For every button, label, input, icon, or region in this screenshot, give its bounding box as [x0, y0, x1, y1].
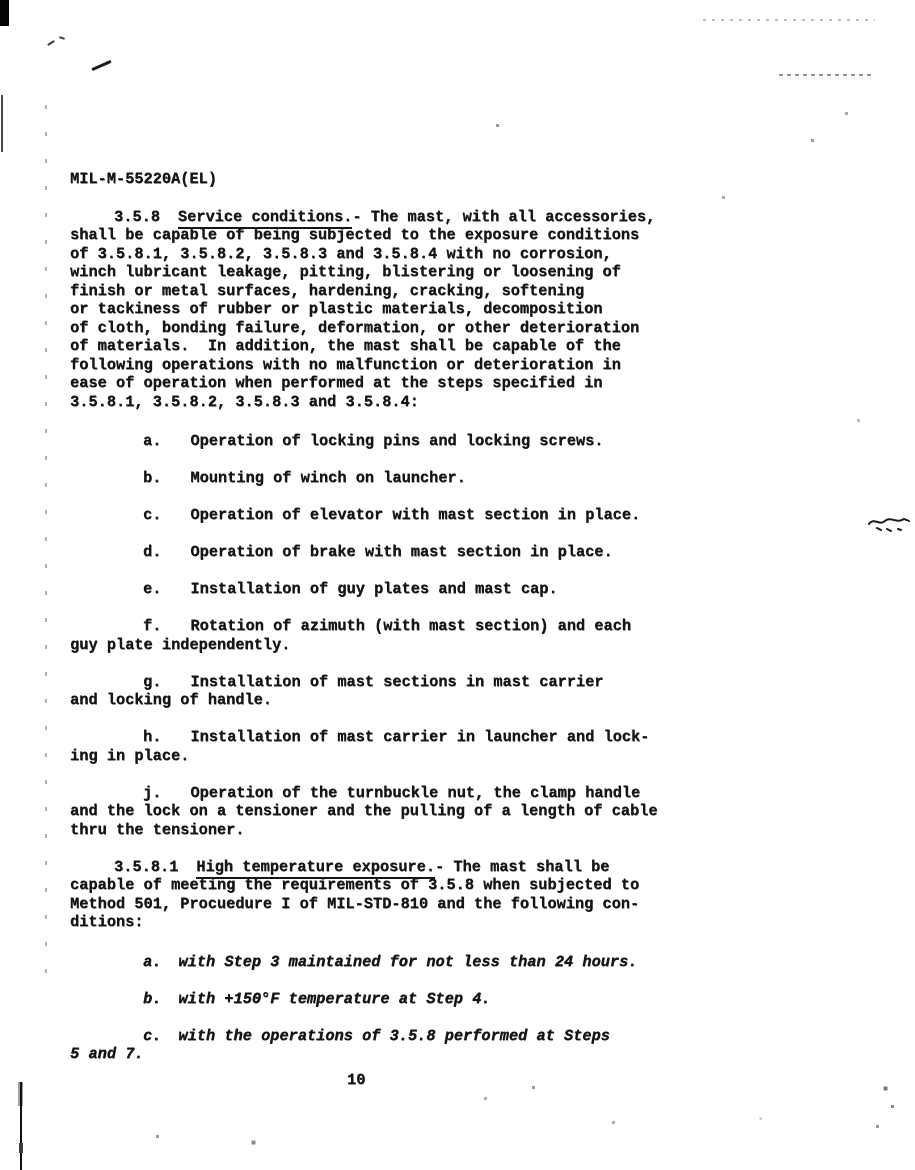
list-item-text: Operation of locking pins and locking sc…: [190, 432, 603, 450]
list-item-j: j.Operation of the turnbuckle nut, the c…: [70, 784, 870, 840]
sublist-item-c: c.with the operations of 3.5.8 performed…: [70, 1027, 870, 1064]
section-3-5-8-body: shall be capable of being subjected to t…: [70, 226, 870, 411]
section-3-5-8-1: 3.5.8.1High temperature exposure.- The m…: [70, 858, 870, 1064]
list-item-label: b.: [143, 990, 161, 1008]
scanned-document: { "page": { "header": "MIL-M-55220A(EL)"…: [0, 0, 915, 1170]
document-page: MIL-M-55220A(EL) 3.5.8Service conditions…: [70, 0, 870, 1064]
scan-scribble-mark: [866, 512, 912, 534]
list-item-b: b.Mounting of winch on launcher.: [70, 469, 870, 488]
section-number: 3.5.8: [114, 208, 160, 226]
list-item-label: g.: [143, 673, 161, 691]
list-item-text: Operation of brake with mast section in …: [190, 543, 612, 561]
list-item-label: d.: [143, 543, 161, 561]
list-item-label: e.: [143, 580, 161, 598]
scan-corner-mark: [0, 0, 9, 26]
scan-pen-tick: [59, 36, 65, 40]
section-3-5-8-1-heading-line: 3.5.8.1High temperature exposure.- The m…: [70, 858, 870, 877]
list-item-d: d.Operation of brake with mast section i…: [70, 543, 870, 562]
list-item-g: g.Installation of mast sections in mast …: [70, 673, 870, 710]
sublist-item-a: a.with Step 3 maintained for not less th…: [70, 953, 870, 972]
scan-pen-tick: [47, 40, 55, 46]
list-item-c: c.Operation of elevator with mast sectio…: [70, 506, 870, 525]
list-item-text: Mounting of winch on launcher.: [190, 469, 465, 487]
list-item-label: b.: [143, 469, 161, 487]
list-item-label: j.: [143, 784, 161, 802]
scan-edge-line: [20, 1082, 22, 1170]
list-item-label: a.: [143, 432, 161, 450]
scan-edge-line: [1, 95, 3, 152]
list-item-label: f.: [143, 617, 161, 635]
section-heading-tail: - The mast, with all accessories,: [352, 208, 655, 226]
list-item-label: a.: [143, 953, 161, 971]
list-item-label: c.: [143, 506, 161, 524]
list-item-a: a.Operation of locking pins and locking …: [70, 432, 870, 451]
list-item-text: Installation of guy plates and mast cap.: [190, 580, 557, 598]
list-item-label: h.: [143, 728, 161, 746]
scan-specks: [0, 0, 1, 1]
list-item-label: c.: [143, 1027, 161, 1045]
scan-edge-blob: [19, 1143, 23, 1153]
list-item-e: e.Installation of guy plates and mast ca…: [70, 580, 870, 599]
section-heading-tail: - The mast shall be: [435, 858, 609, 876]
section-3-5-8-1-body: capable of meeting the requirements of 3…: [70, 876, 870, 932]
section-number: 3.5.8.1: [114, 858, 178, 876]
scan-binding-dotted-line: [45, 105, 47, 985]
section-3-5-8: 3.5.8Service conditions.- The mast, with…: [70, 208, 870, 840]
list-item-f: f.Rotation of azimuth (with mast section…: [70, 617, 870, 654]
list-item-text: with +150°F temperature at Step 4.: [178, 990, 490, 1008]
section-3-5-8-heading-line: 3.5.8Service conditions.- The mast, with…: [70, 208, 870, 227]
list-item-text: with Step 3 maintained for not less than…: [178, 953, 637, 971]
list-item-h: h.Installation of mast carrier in launch…: [70, 728, 870, 765]
page-number: 10: [347, 1071, 365, 1089]
list-item-text: Operation of elevator with mast section …: [190, 506, 640, 524]
sublist-item-b: b.with +150°F temperature at Step 4.: [70, 990, 870, 1009]
document-id: MIL-M-55220A(EL): [70, 170, 870, 189]
